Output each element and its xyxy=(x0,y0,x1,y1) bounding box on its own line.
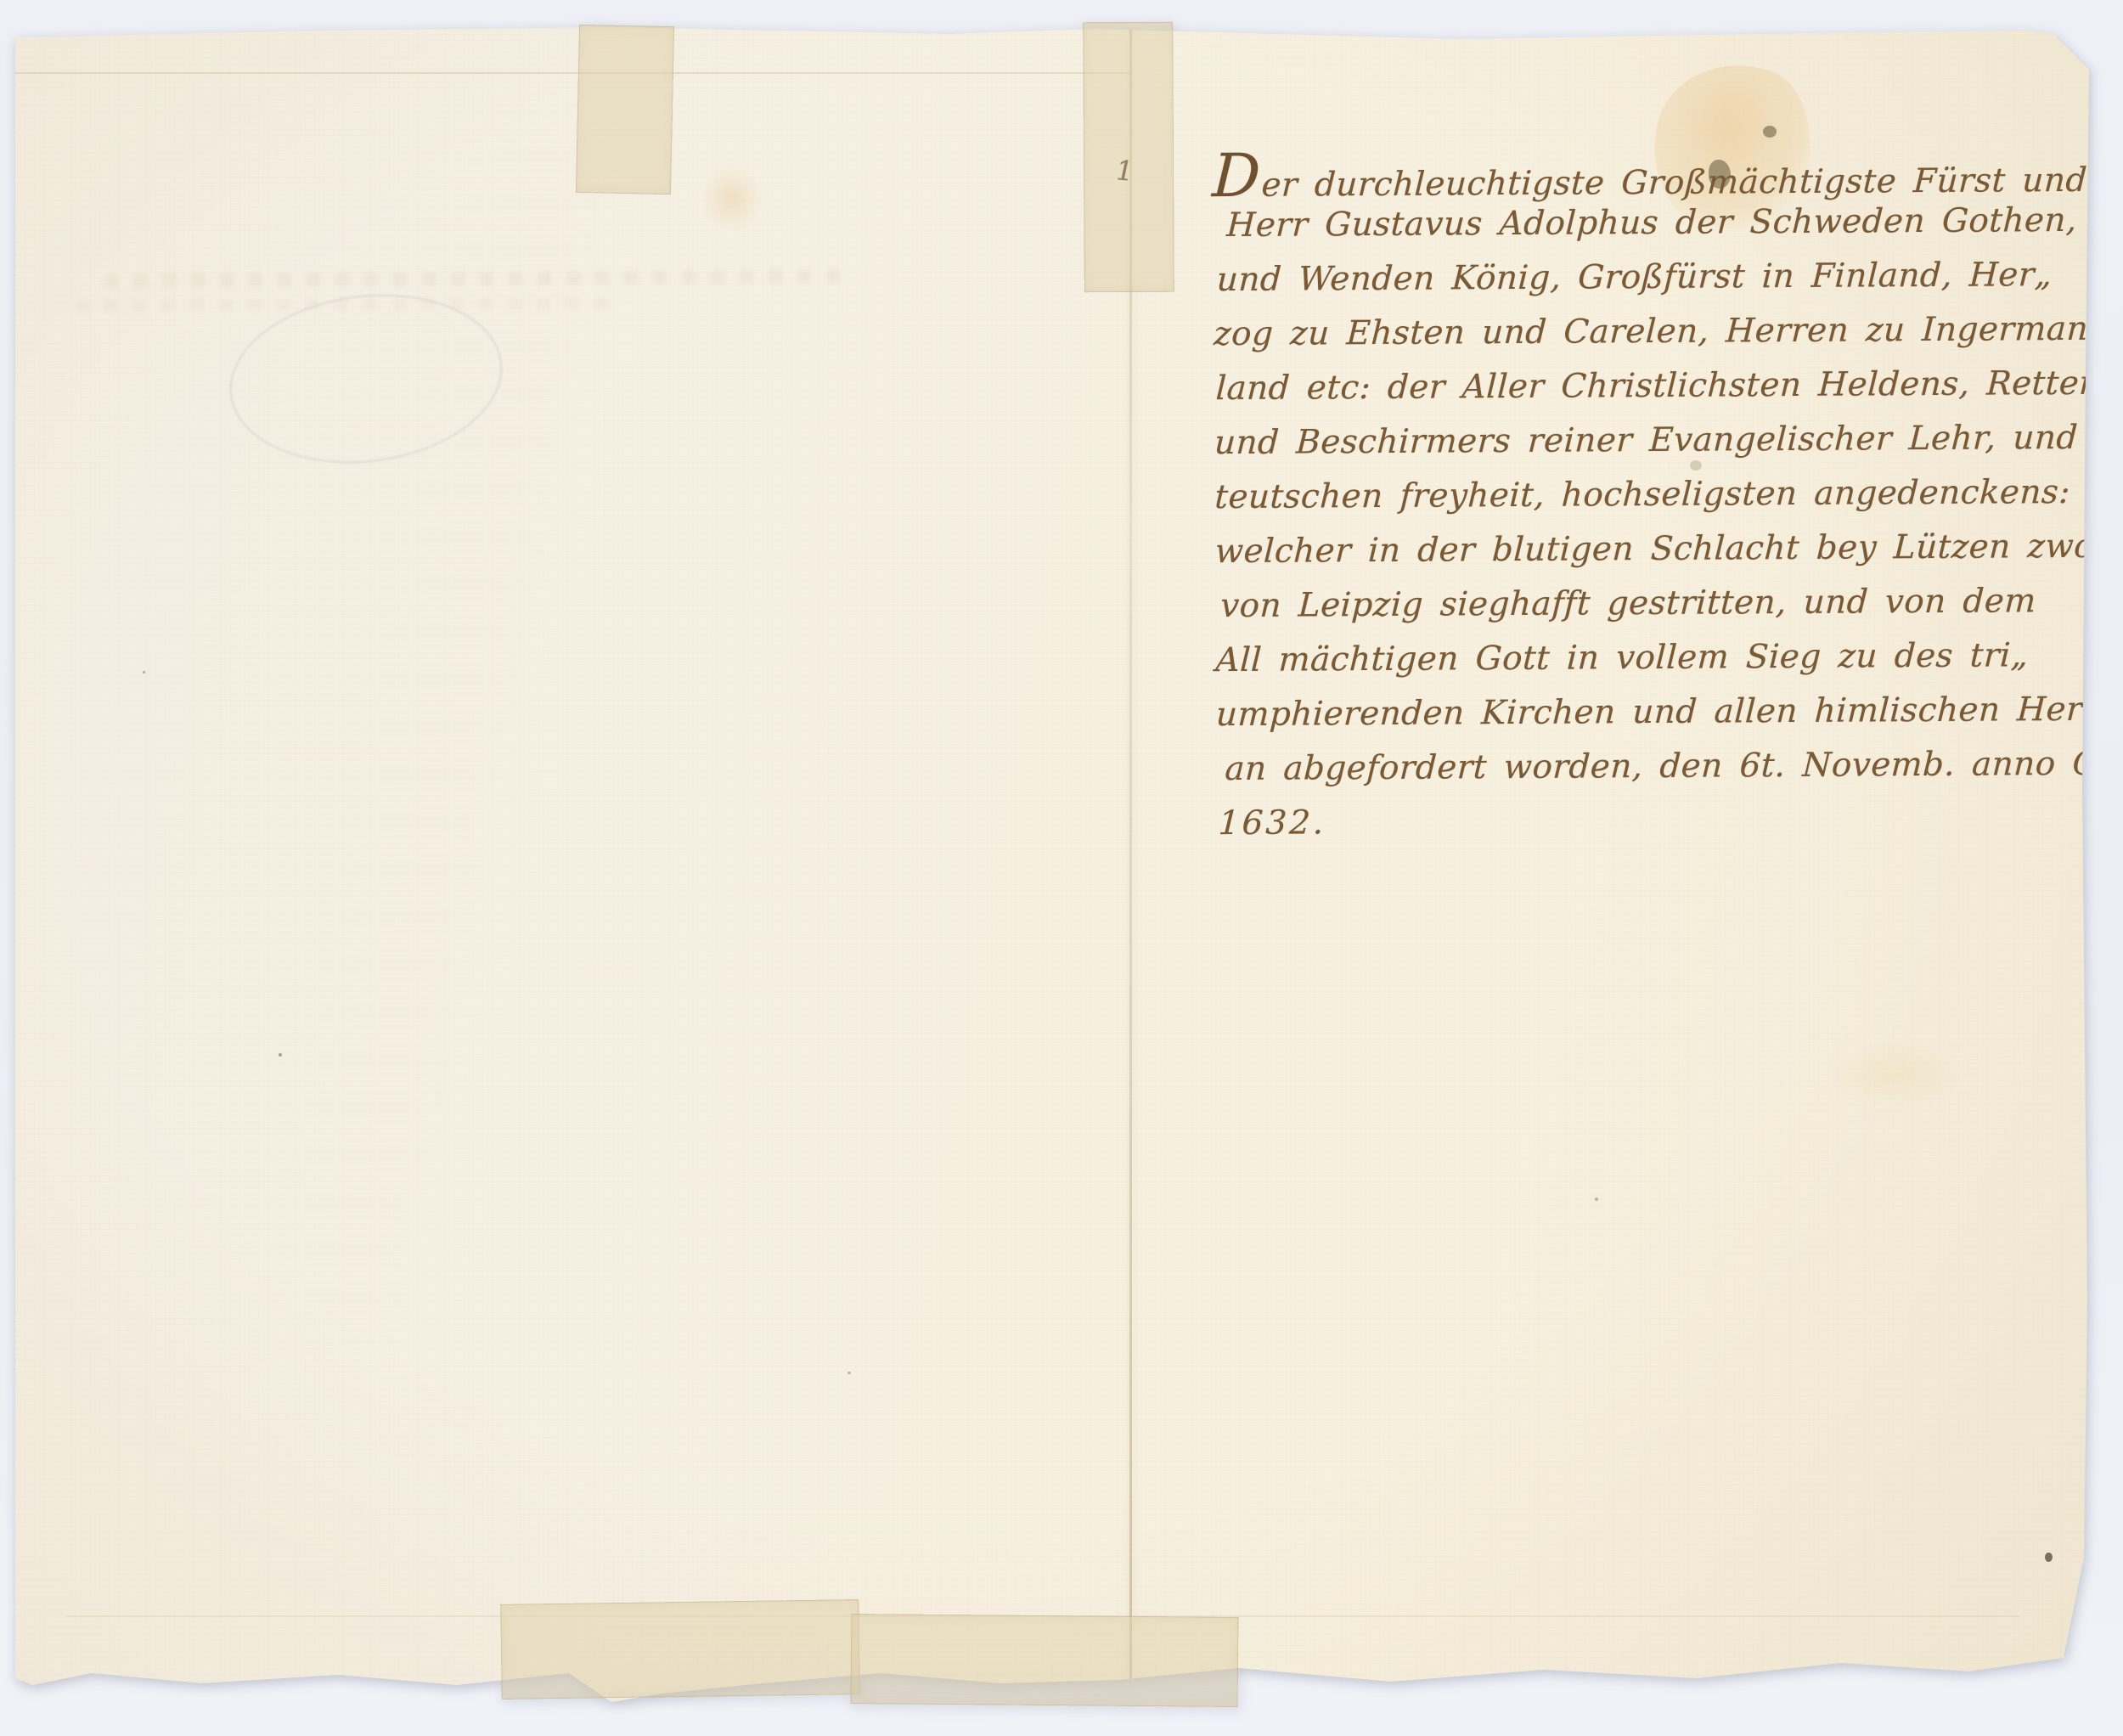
dirt-speck xyxy=(848,1372,851,1374)
dirt-speck xyxy=(1595,1198,1598,1201)
manuscript-line: teutschen freyheit, hochseligsten angede… xyxy=(1214,473,2089,533)
manuscript-line: von Leipzig sieghafft gestritten, und vo… xyxy=(1219,582,2089,641)
tape-strip-bottom-right xyxy=(851,1614,1239,1707)
manuscript-line: 1632. xyxy=(1217,799,2089,859)
manuscript-line: und Wenden König, Großfürst in Finland, … xyxy=(1215,256,2087,315)
manuscript-sheet: 1 Der durchleuchtigste Großmächtigste Fü… xyxy=(15,25,2089,1705)
stain-blotch-small xyxy=(701,166,763,232)
manuscript-line: land etc: der Aller Christlichsten Helde… xyxy=(1214,364,2088,424)
manuscript-line: an abgefordert worden, den 6t. Novemb. a… xyxy=(1223,745,2089,804)
dirt-speck xyxy=(2045,1553,2053,1562)
manuscript-line: und Beschirmers reiner Evangelischer Leh… xyxy=(1213,419,2088,478)
ink-showthrough xyxy=(104,269,852,288)
paper-leaf: 1 Der durchleuchtigste Großmächtigste Fü… xyxy=(15,25,2089,1705)
stain-speck xyxy=(1763,126,1777,138)
photograph-background: 1 Der durchleuchtigste Großmächtigste Fü… xyxy=(0,0,2123,1736)
stain-faint xyxy=(1833,1040,1960,1108)
manuscript-line: welcher in der blutigen Schlacht bey Lüt… xyxy=(1214,527,2089,587)
manuscript-line: umphierenden Kirchen und allen himlische… xyxy=(1214,690,2089,750)
manuscript-text: Der durchleuchtigste Großmächtigste Fürs… xyxy=(1212,147,2089,859)
manuscript-line: All mächtigen Gott in vollem Sieg zu des… xyxy=(1214,636,2089,696)
dirt-speck xyxy=(279,1053,282,1057)
manuscript-line: zog zu Ehsten und Carelen, Herren zu Ing… xyxy=(1212,310,2087,369)
tape-strip-top-left xyxy=(576,25,674,194)
manuscript-line: Herr Gustavus Adolphus der Schweden Goth… xyxy=(1225,201,2087,261)
tape-strip-fold-top xyxy=(1083,22,1174,293)
horizontal-crease-top xyxy=(15,72,1132,74)
tape-strip-bottom-left xyxy=(500,1599,860,1699)
dirt-speck xyxy=(143,671,145,674)
manuscript-line: Der durchleuchtigste Großmächtigste Fürs… xyxy=(1211,147,2086,206)
